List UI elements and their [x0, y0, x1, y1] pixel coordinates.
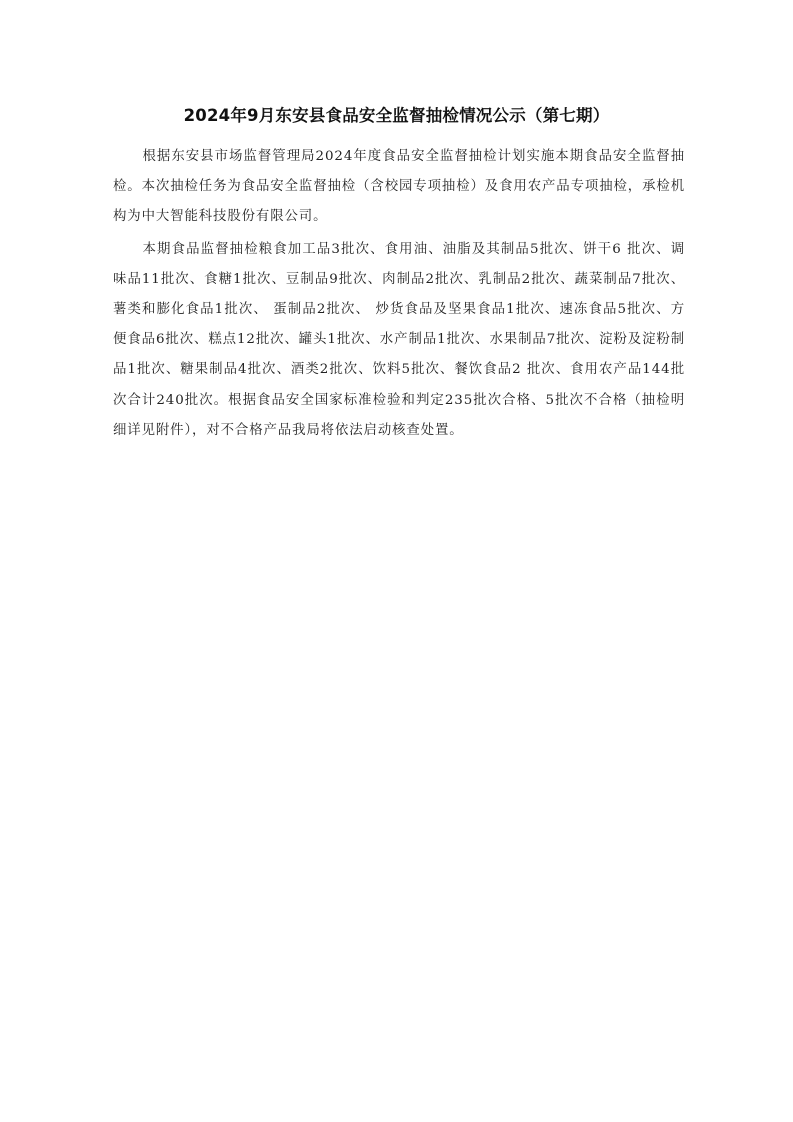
document-body: 根据东安县市场监督管理局2024年度食品安全监督抽检计划实施本期食品安全监督抽检…: [113, 142, 685, 446]
document-title: 2024年9月东安县食品安全监督抽检情况公示（第七期）: [0, 104, 793, 128]
paragraph-intro: 根据东安县市场监督管理局2024年度食品安全监督抽检计划实施本期食品安全监督抽检…: [113, 142, 685, 233]
document-page: 2024年9月东安县食品安全监督抽检情况公示（第七期） 根据东安县市场监督管理局…: [0, 0, 793, 1122]
paragraph-sampling-results: 本期食品监督抽检粮食加工品3批次、食用油、油脂及其制品5批次、饼干6 批次、调味…: [113, 235, 685, 446]
